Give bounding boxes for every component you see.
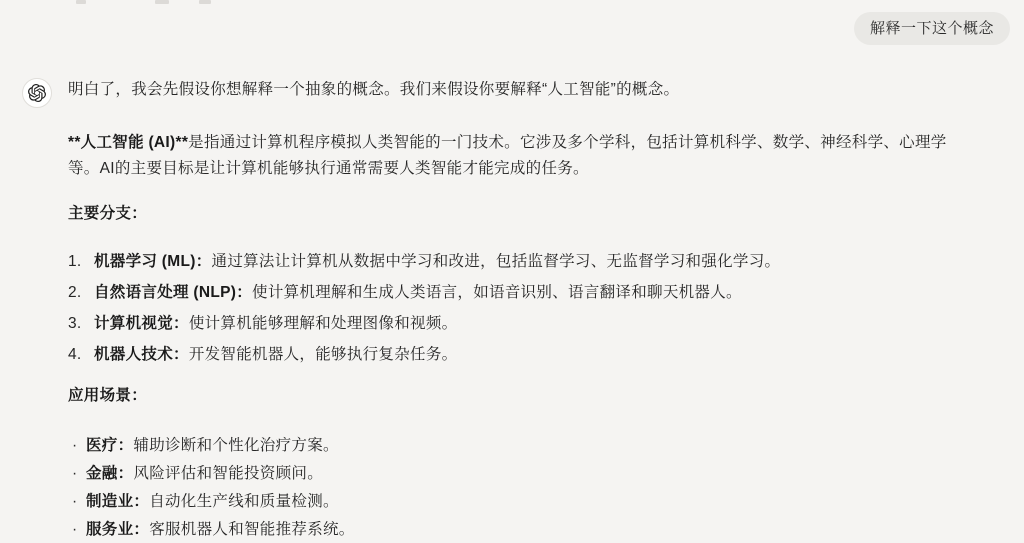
bullet-marker: · <box>68 516 86 543</box>
branch-term: 计算机视觉： <box>94 315 189 332</box>
list-item-text: 服务业：客服机器人和智能推荐系统。 <box>86 516 355 543</box>
list-item: · 制造业：自动化生产线和质量检测。 <box>68 488 973 516</box>
assistant-message: 明白了，我会先假设你想解释一个抽象的概念。我们来假设你要解释“人工智能”的概念。… <box>22 78 973 543</box>
bullet-marker: · <box>68 432 86 460</box>
list-item-text: 机器人技术：开发智能机器人，能够执行复杂任务。 <box>94 339 457 370</box>
branch-desc: 开发智能机器人，能够执行复杂任务。 <box>189 346 458 363</box>
clipped-previous-line-fragment <box>155 0 169 4</box>
list-number: 4. <box>68 339 94 370</box>
openai-logo-icon <box>28 84 46 102</box>
list-item: 2. 自然语言处理 (NLP)：使计算机理解和生成人类语言，如语音识别、语言翻译… <box>68 277 973 308</box>
list-item: 4. 机器人技术：开发智能机器人，能够执行复杂任务。 <box>68 339 973 370</box>
list-number: 2. <box>68 277 94 308</box>
list-item: 1. 机器学习 (ML)：通过算法让计算机从数据中学习和改进，包括监督学习、无监… <box>68 246 973 277</box>
list-item: · 服务业：客服机器人和智能推荐系统。 <box>68 516 973 543</box>
list-item: 3. 计算机视觉：使计算机能够理解和处理图像和视频。 <box>68 308 973 339</box>
list-item-text: 制造业：自动化生产线和质量检测。 <box>86 488 339 516</box>
branch-desc: 使计算机能够理解和处理图像和视频。 <box>189 315 458 332</box>
branch-desc: 通过算法让计算机从数据中学习和改进，包括监督学习、无监督学习和强化学习。 <box>212 253 781 270</box>
application-desc: 自动化生产线和质量检测。 <box>149 493 339 510</box>
list-item-text: 金融：风险评估和智能投资顾问。 <box>86 460 323 488</box>
branches-list: 1. 机器学习 (ML)：通过算法让计算机从数据中学习和改进，包括监督学习、无监… <box>68 246 973 370</box>
application-desc: 客服机器人和智能推荐系统。 <box>149 521 354 538</box>
assistant-message-content: 明白了，我会先假设你想解释一个抽象的概念。我们来假设你要解释“人工智能”的概念。… <box>68 78 973 543</box>
list-item-text: 计算机视觉：使计算机能够理解和处理图像和视频。 <box>94 308 457 339</box>
definition-paragraph: **人工智能 (AI)**是指通过计算机程序模拟人类智能的一门技术。它涉及多个学… <box>68 130 973 182</box>
applications-heading: 应用场景： <box>68 386 973 406</box>
application-term: 医疗： <box>86 437 133 454</box>
applications-list: · 医疗：辅助诊断和个性化治疗方案。 · 金融：风险评估和智能投资顾问。 · 制… <box>68 432 973 543</box>
definition-body: 是指通过计算机程序模拟人类智能的一门技术。它涉及多个学科，包括计算机科学、数学、… <box>68 134 947 177</box>
bullet-marker: · <box>68 460 86 488</box>
application-term: 服务业： <box>86 521 149 538</box>
list-item-text: 自然语言处理 (NLP)：使计算机理解和生成人类语言，如语音识别、语言翻译和聊天… <box>94 277 742 308</box>
application-desc: 辅助诊断和个性化治疗方案。 <box>133 437 338 454</box>
user-message-text: 解释一下这个概念 <box>870 20 994 37</box>
definition-lead: **人工智能 (AI)** <box>68 134 188 151</box>
assistant-avatar <box>22 78 52 108</box>
user-message-bubble: 解释一下这个概念 <box>854 12 1010 45</box>
branch-term: 自然语言处理 (NLP)： <box>94 284 252 301</box>
clipped-previous-line-fragment <box>199 0 211 4</box>
branch-term: 机器人技术： <box>94 346 189 363</box>
list-number: 1. <box>68 246 94 277</box>
application-desc: 风险评估和智能投资顾问。 <box>133 465 323 482</box>
list-item-text: 医疗：辅助诊断和个性化治疗方案。 <box>86 432 339 460</box>
clipped-previous-line-fragment <box>76 0 86 4</box>
list-number: 3. <box>68 308 94 339</box>
chat-page: 解释一下这个概念 明白了，我会先假设你想解释一个抽象的概念。我们来假设你要解释“… <box>0 0 1024 543</box>
application-term: 金融： <box>86 465 133 482</box>
branch-desc: 使计算机理解和生成人类语言，如语音识别、语言翻译和聊天机器人。 <box>252 284 742 301</box>
list-item-text: 机器学习 (ML)：通过算法让计算机从数据中学习和改进，包括监督学习、无监督学习… <box>94 246 780 277</box>
intro-paragraph: 明白了，我会先假设你想解释一个抽象的概念。我们来假设你要解释“人工智能”的概念。 <box>68 80 973 100</box>
list-item: · 金融：风险评估和智能投资顾问。 <box>68 460 973 488</box>
list-item: · 医疗：辅助诊断和个性化治疗方案。 <box>68 432 973 460</box>
branch-term: 机器学习 (ML)： <box>94 253 212 270</box>
application-term: 制造业： <box>86 493 149 510</box>
branches-heading: 主要分支： <box>68 204 973 224</box>
bullet-marker: · <box>68 488 86 516</box>
